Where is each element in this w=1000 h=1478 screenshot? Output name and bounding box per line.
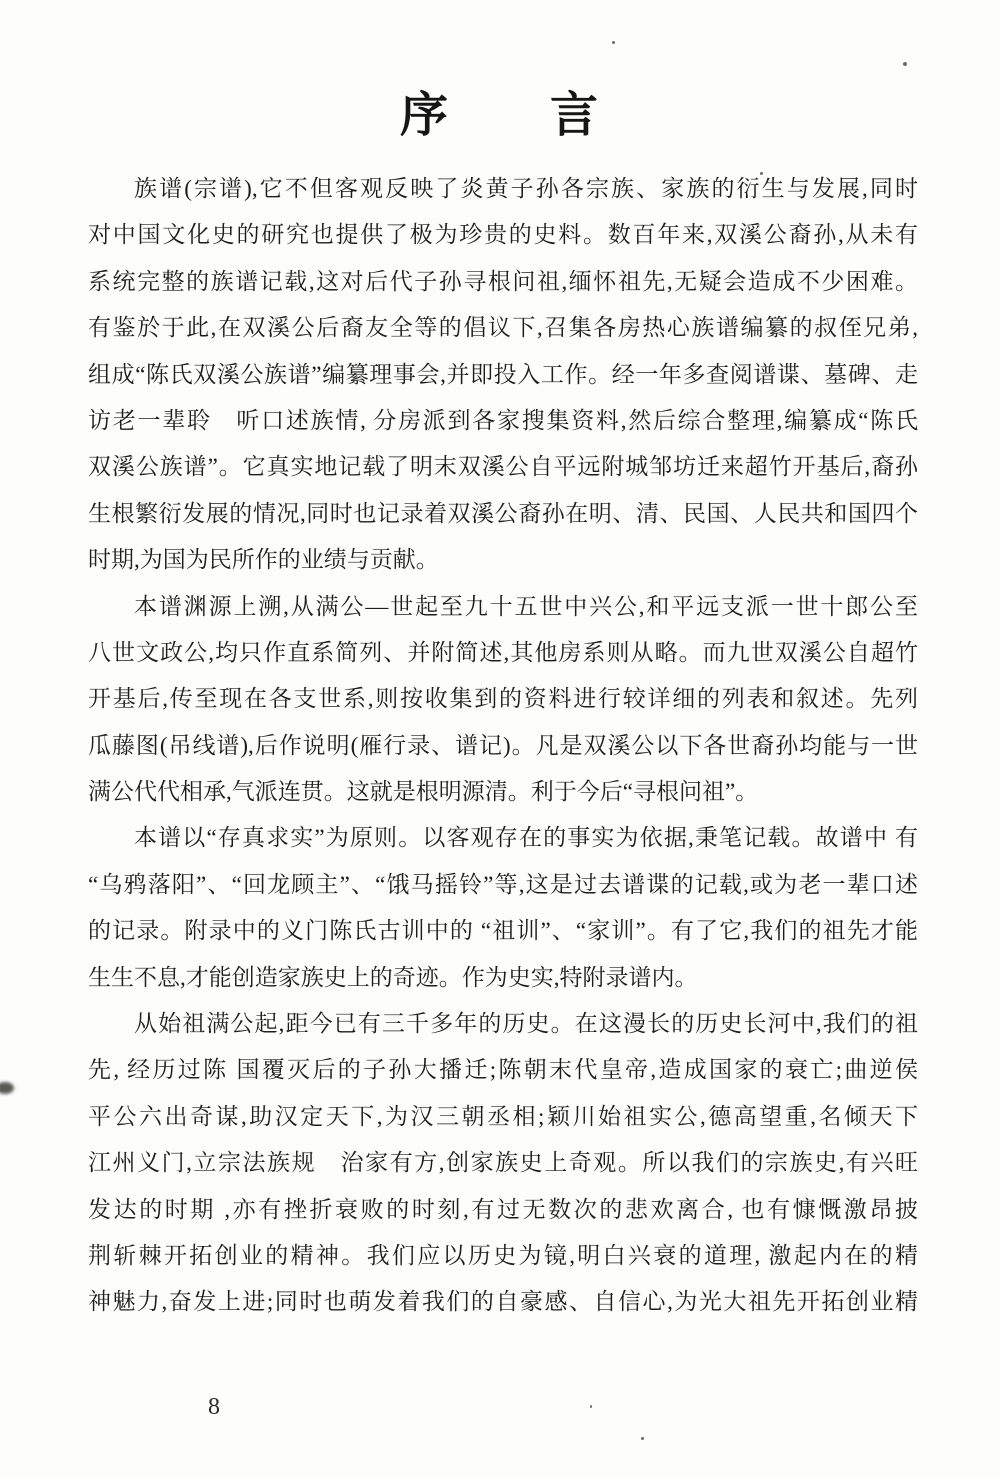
text-line: 开基后,传至现在各支世系,则按收集到的资料进行较详细的列表和叙述。先列 [88,676,918,722]
text-line: 有鉴於于此,在双溪公后裔友全等的倡议下,召集各房热心族谱编纂的叔侄兄弟, [88,305,918,351]
scan-speck [590,1405,592,1408]
scan-speck [641,1437,644,1440]
body-text: 族谱(宗谱),它不但客观反映了炎黄子孙各宗族、家族的衍生与发展,同时对中国文化史… [88,166,918,1326]
scan-smudge [0,1082,14,1094]
text-line: 先, 经历过陈 国覆灭后的子孙大播迁;陈朝末代皇帝,造成国家的衰亡;曲逆侯 [88,1047,918,1093]
text-line: 访老一辈聆 听口述族情, 分房派到各家搜集资料,然后综合整理,编纂成“陈氏 [88,398,918,444]
scan-speck [760,172,763,175]
text-line: 本谱以“存真求实”为原则。以客观存在的事实为依据,秉笔记载。故谱中 有 [88,815,918,861]
text-line: 荆斩棘开拓创业的精神。我们应以历史为镜,明白兴衰的道理, 激起内在的精 [88,1233,918,1279]
text-line: 族谱(宗谱),它不但客观反映了炎黄子孙各宗族、家族的衍生与发展,同时 [88,166,918,212]
text-line: 双溪公族谱”。它真实地记载了明末双溪公自平远附城邹坊迁来超竹开基后,裔孙 [88,444,918,490]
text-line: 时期,为国为民所作的业绩与贡献。 [88,537,918,583]
text-line: 组成“陈氏双溪公族谱”编纂理事会,并即投入工作。经一年多查阅谱谍、墓碑、走 [88,352,918,398]
text-line: 的记录。附录中的义门陈氏古训中的 “祖训”、“家训”。有了它,我们的祖先才能 [88,908,918,954]
text-line: 平公六出奇谋,助汉定天下,为汉三朝丞相;颖川始祖实公,德高望重,名倾天下 [88,1094,918,1140]
text-line: 系统完整的族谱记载,这对后代子孙寻根问祖,缅怀祖先,无疑会造成不少困难。 [88,259,918,305]
text-line: 对中国文化史的研究也提供了极为珍贵的史料。数百年来,双溪公裔孙,从未有 [88,212,918,258]
text-line: 本谱渊源上溯,从满公—世起至九十五世中兴公,和平远支派一世十郎公至 [88,584,918,630]
page-number: 8 [208,1394,220,1421]
text-line: 八世文政公,均只作直系简列、并附简述,其他房系则从略。而九世双溪公自超竹 [88,630,918,676]
text-line: “乌鸦落阳”、“回龙顾主”、“饿马摇铃”等,这是过去谱谍的记载,或为老一辈口述 [88,862,918,908]
scan-speck [903,62,907,66]
text-line: 瓜藤图(吊线谱),后作说明(雁行录、谱记)。凡是双溪公以下各世裔孙均能与一世 [88,723,918,769]
text-line: 生生不息,才能创造家族史上的奇迹。作为史实,特附录谱内。 [88,955,918,1001]
text-line: 神魅力,奋发上进;同时也萌发着我们的自豪感、自信心,为光大祖先开拓创业精 [88,1279,918,1325]
page-title: 序 言 [0,76,1000,145]
scan-speck [612,41,615,44]
text-line: 从始祖满公起,距今已有三千多年的历史。在这漫长的历史长河中,我们的祖 [88,1001,918,1047]
text-line: 江州义门,立宗法族规 治家有方,创家族史上奇观。所以我们的宗族史,有兴旺 [88,1140,918,1186]
text-line: 满公代代相承,气派连贯。这就是根明源清。利于今后“寻根问祖”。 [88,769,918,815]
text-line: 生根繁衍发展的情况,同时也记录着双溪公裔孙在明、清、民国、人民共和国四个 [88,491,918,537]
text-line: 发达的时期 ,亦有挫折衰败的时刻,有过无数次的悲欢离合, 也有慷慨激昂披 [88,1187,918,1233]
